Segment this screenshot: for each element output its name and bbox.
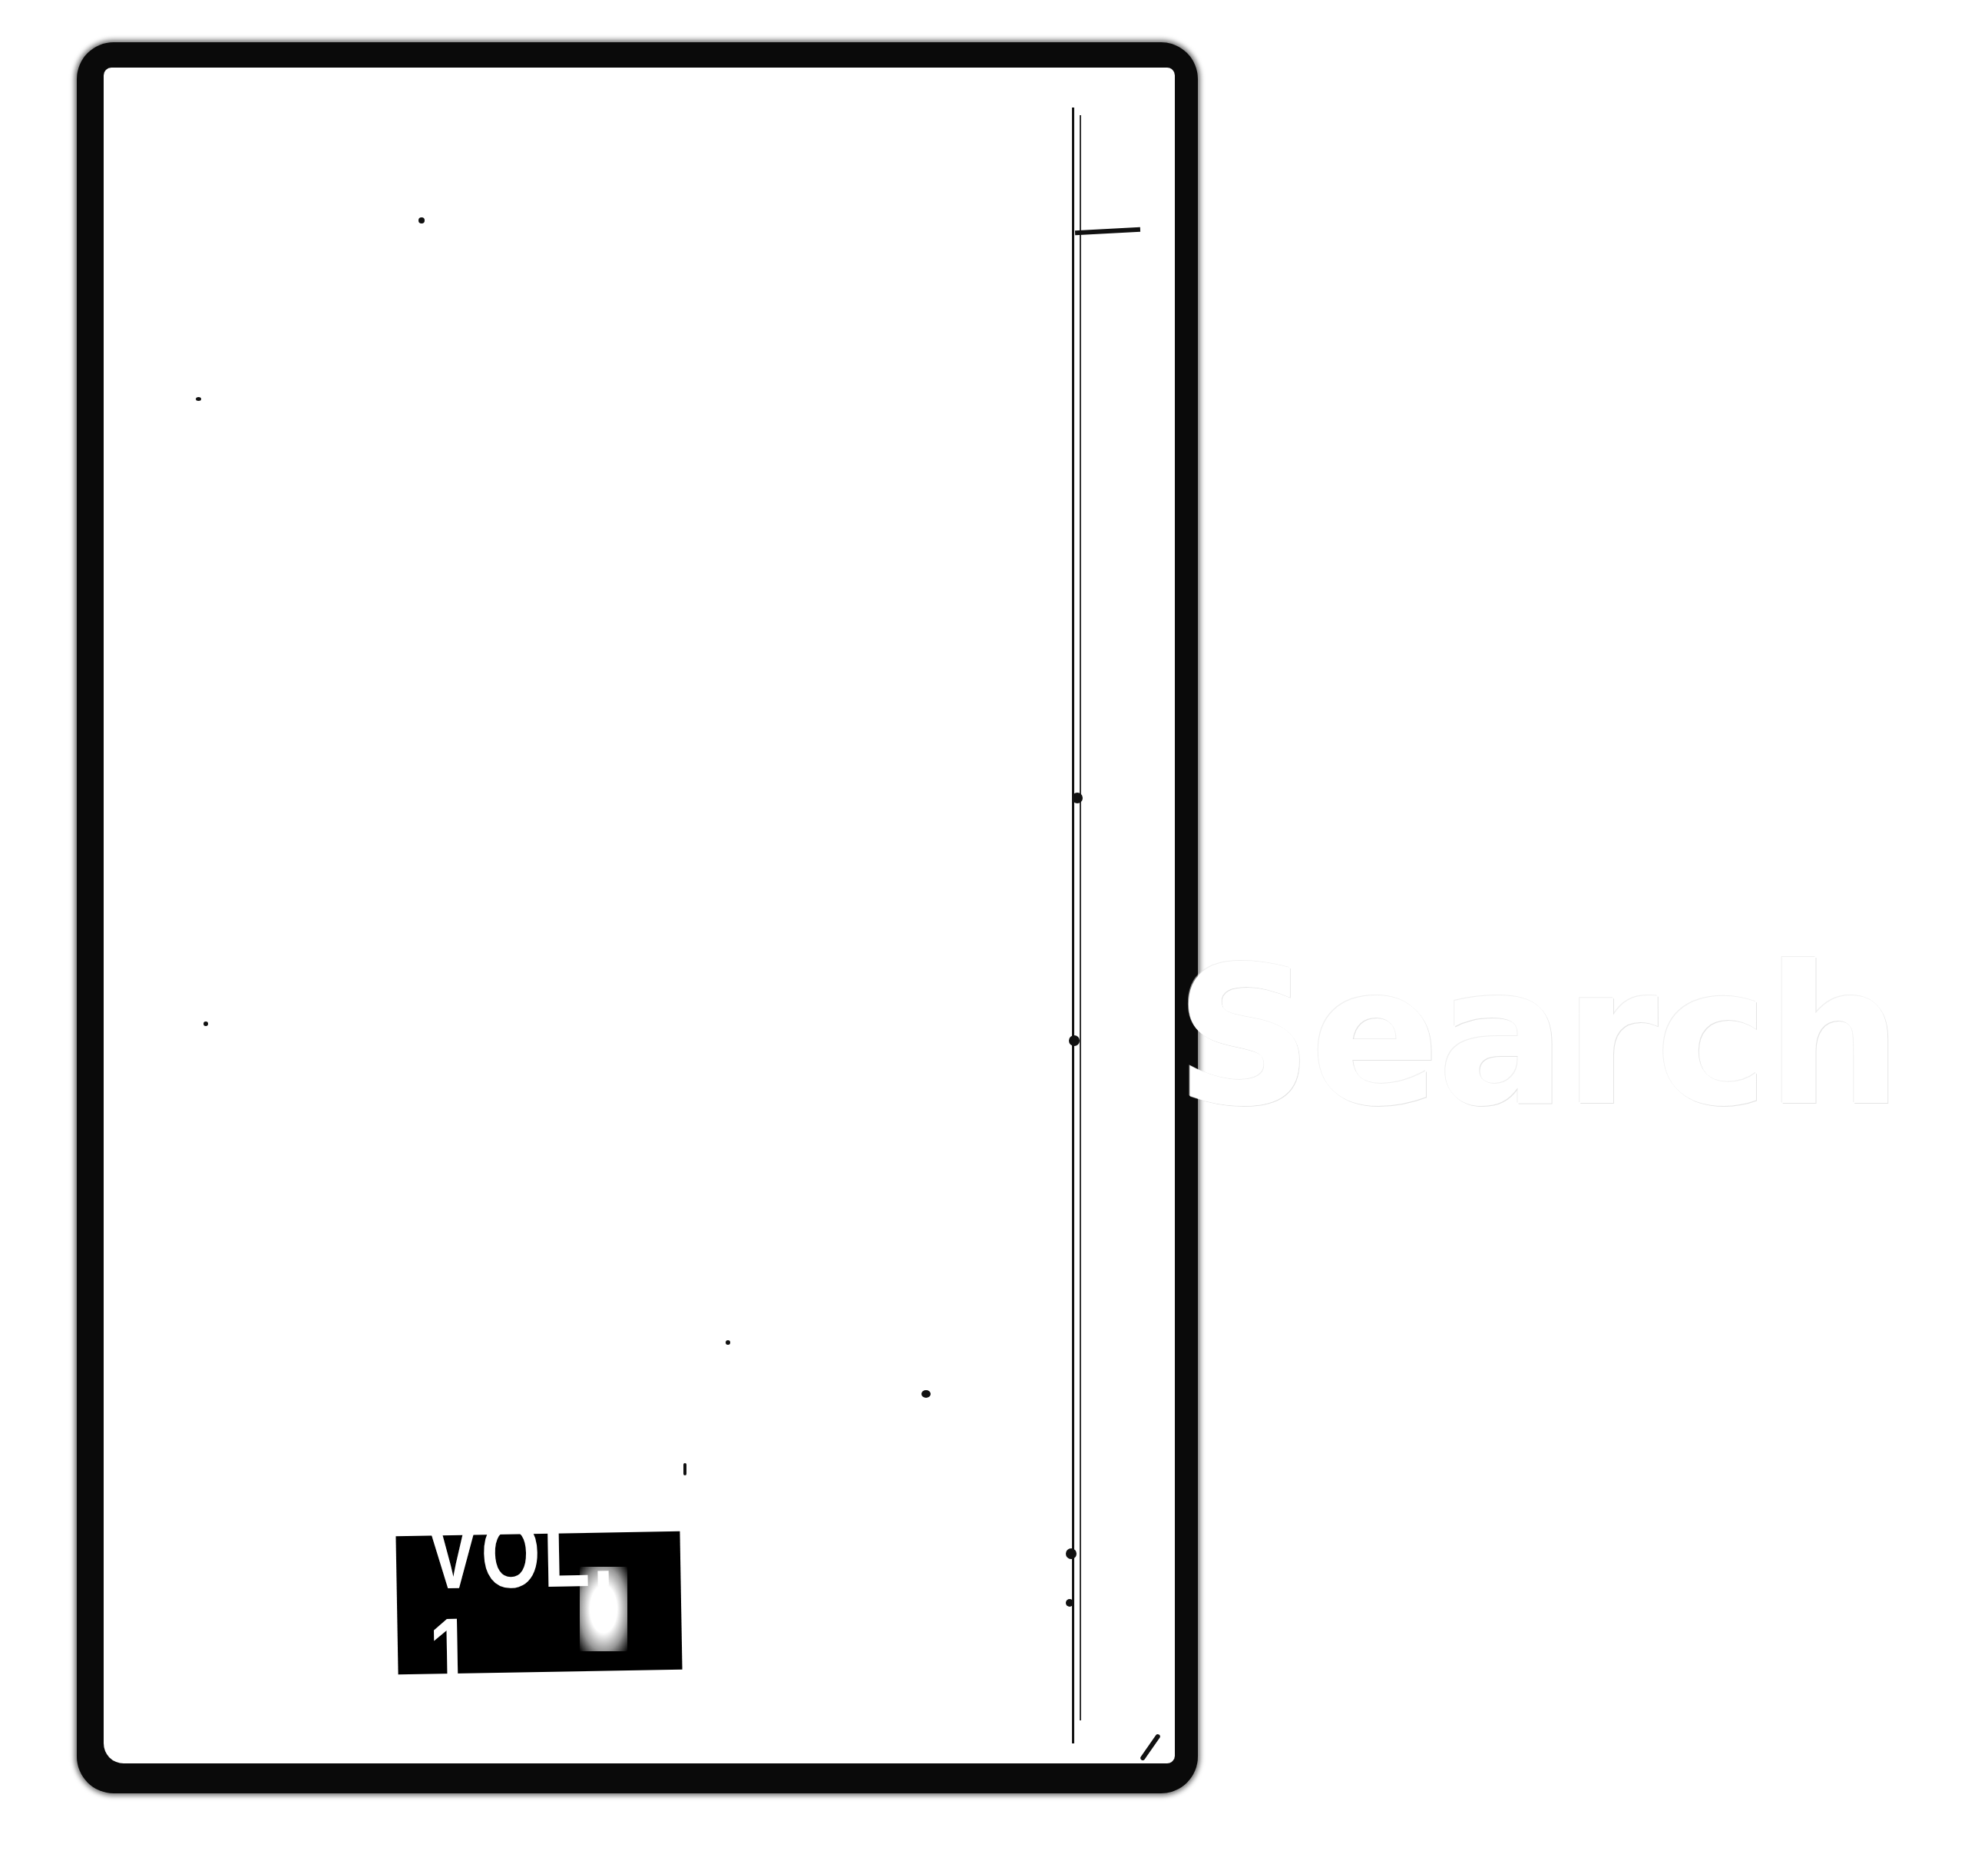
spine-knot <box>1069 1035 1080 1046</box>
spine-knot <box>1066 1548 1077 1559</box>
paper-speck <box>921 1390 931 1398</box>
search-overlay-first-letter: S <box>1175 941 1313 1133</box>
paper-speck <box>683 1463 686 1475</box>
paper-speck <box>418 217 425 223</box>
spine-stitch-line <box>1072 108 1074 1743</box>
spine-stitch-line-secondary <box>1080 115 1081 1720</box>
volume-label: VOL. 1 <box>395 1531 682 1674</box>
spine-knot <box>1066 1599 1073 1607</box>
spine-knot <box>1072 793 1083 803</box>
paper-speck <box>726 1340 730 1345</box>
paper-speck <box>203 1021 208 1026</box>
volume-label-smudge <box>580 1567 627 1651</box>
paper-speck <box>196 397 201 401</box>
